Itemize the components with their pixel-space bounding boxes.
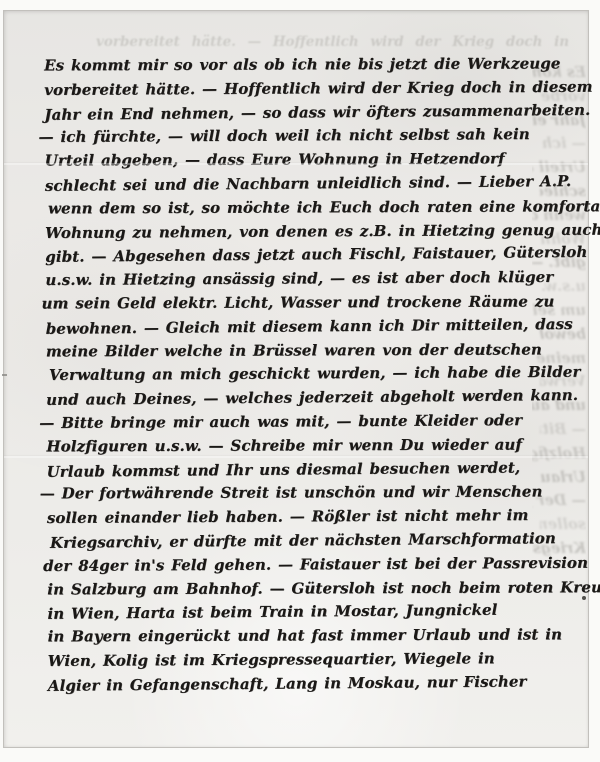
letter-line: Urteil abgeben, — dass Eure Wohnung in H…: [45, 147, 590, 173]
bleedthrough-ghost-line: u.s.w. in Hietzing ansässig sind, — es i…: [540, 275, 586, 299]
letter-line: wenn dem so ist, so möchte ich Euch doch…: [48, 195, 590, 221]
bleedthrough-ghost-line: meine Bilder welche in Brüssel waren von…: [532, 347, 586, 371]
letter-line: in Bayern eingerückt und hat fast immer …: [48, 623, 593, 649]
bleedthrough-ghost-line: Verwaltung an mich geschickt wurden, — i…: [540, 370, 586, 394]
letter-line: — Der fortwährende Streit ist unschön un…: [40, 481, 592, 507]
bleedthrough-ghost-line: um sein Geld elektr. Licht, Wasser und t…: [532, 299, 586, 323]
bleedthrough-ghost-line: bewohnen. — Gleich mit diesem kann ich D…: [540, 323, 586, 347]
letter-line: meine Bilder welche in Brüssel waren von…: [46, 338, 591, 364]
paper-crease: [4, 456, 588, 458]
ink-speck: [582, 596, 586, 600]
bleedthrough-ghost-line: — Bitte bringe mir auch was mit, — bunte…: [540, 418, 586, 442]
scanned-letter: vorbereitet hätte. — Hoffentlich wird de…: [0, 0, 600, 762]
bleedthrough-ghost-line: — Der fortwährende Streit ist unschön un…: [532, 489, 586, 513]
bleedthrough-ghost-top: vorbereitet hätte. — Hoffentlich wird de…: [96, 33, 570, 52]
bleedthrough-ghost-line: vorbereitet hätte. — Hoffentlich wird de…: [540, 85, 586, 109]
bleedthrough-ghost-line: Urteil abgeben, — dass Eure Wohnung in H…: [532, 156, 586, 180]
bleedthrough-ghost-line: — ich fürchte, — will doch weil ich nich…: [540, 132, 586, 156]
letter-line: um sein Geld elektr. Licht, Wasser und t…: [41, 290, 590, 316]
paper-crease: [4, 163, 588, 165]
bleedthrough-ghost-line: sollen einander lieb haben. — Rößler ist…: [540, 513, 586, 537]
bleedthrough-ghost-line: Holzfiguren u.s.w. — Schreibe mir wenn D…: [532, 442, 586, 466]
letter-line: Es kommt mir so vor als ob ich nie bis j…: [44, 52, 589, 78]
letter-line: Jahr ein End nehmen, — so dass wir öfter…: [44, 98, 589, 127]
letter-line: Kriegsarchiv, er dürfte mit der nächsten…: [50, 527, 592, 556]
bleedthrough-ghost-line: und auch Deines, — welches jederzeit abg…: [532, 394, 586, 418]
letter-line: vorbereitet hätte. — Hoffentlich wird de…: [44, 75, 589, 102]
bleedthrough-ghost-line: Es kommt mir so vor als ob ich nie bis j…: [532, 61, 586, 85]
bleedthrough-ghost-line: schlecht sei und die Nachbarn unleidlich…: [540, 180, 586, 204]
ink-speck: [2, 374, 7, 376]
letter-page: vorbereitet hätte. — Hoffentlich wird de…: [3, 10, 589, 748]
bleedthrough-ghost-column: Es kommt mir so vor als ob ich nie bis j…: [532, 61, 586, 581]
bleedthrough-ghost-line: Urlaub kommst und Ihr uns diesmal besuch…: [540, 466, 586, 490]
letter-line: u.s.w. in Hietzing ansässig sind, — es i…: [45, 266, 590, 293]
letter-line: Algier in Gefangenschaft, Lang in Moskau…: [48, 670, 593, 699]
letter-line: — ich fürchte, — will doch weil ich nich…: [38, 123, 589, 150]
letter-body: Es kommt mir so vor als ob ich nie bis j…: [44, 52, 593, 698]
letter-line: der 84ger in's Feld gehen. — Faistauer i…: [43, 551, 592, 578]
letter-line: schlecht sei und die Nachbarn unleidlich…: [45, 170, 590, 199]
bleedthrough-ghost-line: Jahr ein End nehmen, — so dass wir öfter…: [532, 109, 586, 133]
letter-line: — Bitte bringe mir auch was mit, — bunte…: [39, 409, 591, 436]
bleedthrough-ghost-line: Wohnung zu nehmen, von denen es z.B. in …: [540, 228, 586, 252]
bleedthrough-ghost-line: gibt. — Abgesehen dass jetzt auch Fischl…: [532, 251, 586, 275]
bleedthrough-ghost-line: wenn dem so ist, so möchte ich Euch doch…: [532, 204, 586, 228]
bleedthrough-ghost-line: Kriegsarchiv, er dürfte mit der nächsten…: [532, 537, 586, 561]
letter-line: bewohnen. — Gleich mit diesem kann ich D…: [46, 313, 591, 342]
